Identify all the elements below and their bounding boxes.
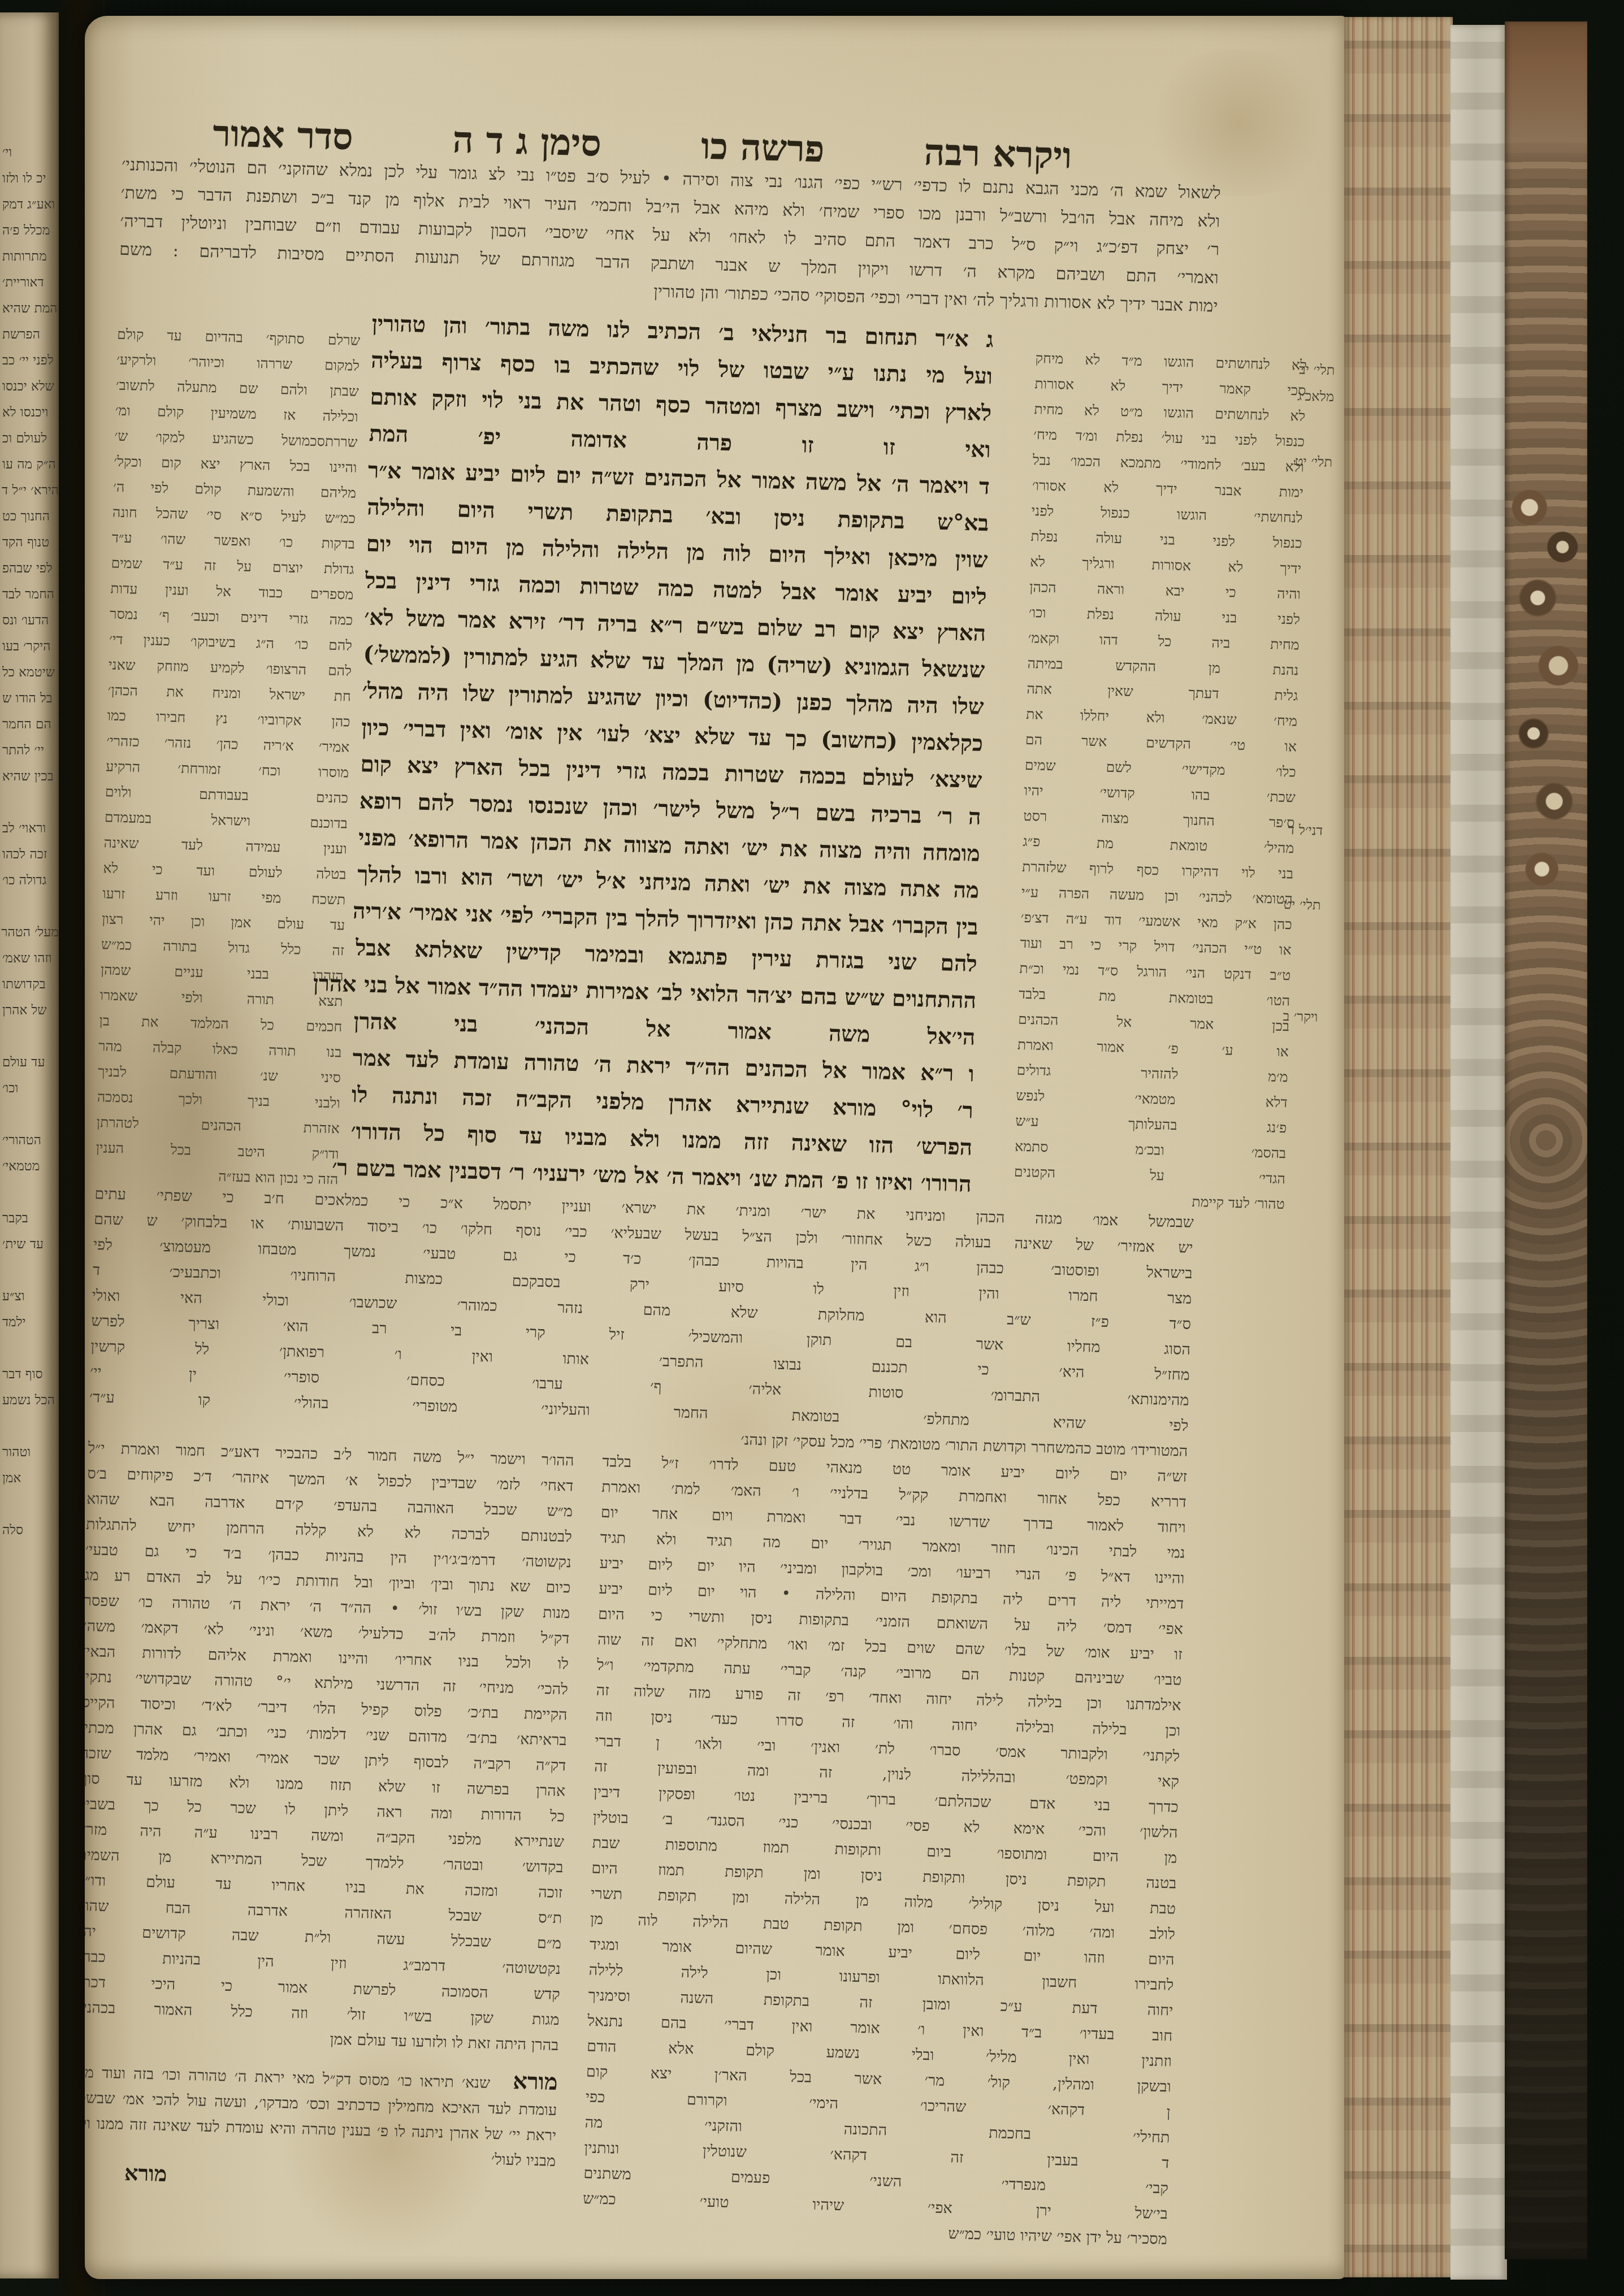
sliver-text-fragment — [0, 893, 59, 919]
main-text-column: ג א״ר תנחום בר חנילאי ב׳ הכתיב לנו משה ב… — [349, 305, 994, 1203]
sliver-text-fragment: ה״ק מה עו — [0, 452, 59, 478]
sliver-text-fragment: אמן — [0, 1465, 59, 1491]
sliver-text-fragment: החנוך כט — [0, 504, 59, 529]
sliver-text-fragment: הדעו׳ ונס — [0, 607, 59, 633]
sliver-text-fragment: בקדושתו — [0, 971, 59, 997]
sliver-text-fragment: ילמד — [0, 1309, 59, 1335]
sliver-text-fragment: וי׳ — [0, 140, 59, 166]
sliver-text-fragment: גדולה כו׳ — [0, 867, 59, 893]
sliver-text-fragment: הטהורי׳ — [0, 1127, 59, 1153]
sliver-text-fragment: וכו׳ — [0, 1075, 59, 1101]
bottom-fullwidth-commentary: שבמשל אמו׳ מגזה הכהן ומניחני את ישר׳ ומנ… — [88, 1181, 1194, 1464]
sliver-text-fragment: הפרשת — [0, 322, 59, 348]
bottom-right-column: זש״ה יום ליום יביע אומר טט מנאהי טעם לדר… — [582, 1449, 1187, 2252]
citation-reference: מלאכ׳ג — [1221, 385, 1335, 405]
sliver-top-margin — [0, 12, 59, 140]
citation-reference: תלי׳ יט — [1207, 894, 1321, 914]
sliver-text-fragment: לפי שבהפ — [0, 555, 59, 581]
sliver-text-fragment — [0, 1335, 59, 1361]
left-commentary-column: שרלם סתוקף׳ בהדיום עד קולםלמקום שררהו וכ… — [95, 322, 361, 1192]
mora-paragraph: מורא שנא׳ תיראו כו׳ מסוס דק״ל מאי יראת ה… — [85, 2057, 558, 2174]
sliver-text-fragment: סוף דבר — [0, 1361, 59, 1387]
sliver-text-fragment: שיטמא כל — [0, 659, 59, 685]
sliver-text-fragment: לפני יי׳ כב — [0, 348, 59, 374]
sliver-text-fragment: עד שית׳ — [0, 1231, 59, 1257]
sliver-text-fragment: הכל נשמע — [0, 1387, 59, 1413]
header-seder: סדר אמור — [213, 112, 354, 158]
citation-reference: תלי׳ יט — [1219, 451, 1333, 471]
sliver-text-fragment: לעולם וכ — [0, 426, 59, 452]
page-block-fore-edge — [1344, 17, 1453, 2277]
page-content: ויקרא רבה פרשה כו סימן ג ד ה סדר אמור לש… — [85, 16, 1345, 2279]
sliver-text-fragment — [0, 1413, 59, 1439]
sliver-text-fragment: וצ״ע — [0, 1283, 59, 1309]
citation-reference: דני׳ל ד — [1210, 819, 1323, 839]
sliver-text-fragment: היקר׳ בעו — [0, 633, 59, 659]
sliver-text-fragment: ואע״ג דמק — [0, 192, 59, 218]
sliver-text-fragment: בכין שהיא — [0, 763, 59, 789]
sliver-text-fragment: זכה לכהו — [0, 841, 59, 867]
sliver-text-fragment: יי׳ להתר — [0, 737, 59, 763]
sliver-text-fragment: סלה — [0, 1517, 59, 1543]
header-book-title: ויקרא רבה — [924, 131, 1072, 177]
right-commentary-column: לא לנחושתים הוגשו מ״ד לא מיחקסכי קאמר יד… — [1013, 345, 1307, 1217]
sliver-text-fragment: וזהו שאמ׳ — [0, 945, 59, 971]
sliver-text-fragment: מטמאי׳ — [0, 1153, 59, 1179]
book-scan-photograph: וי׳יכ לו ולזוואע״ג דמקמכלל פ׳המתרותותדאו… — [0, 0, 1624, 2296]
sliver-text-fragment: מתרותות — [0, 244, 59, 270]
sliver-text-fragment: בקבר — [0, 1205, 59, 1231]
sliver-text-fragment: מכלל פ׳ה — [0, 218, 59, 244]
sliver-text-fragment: החמר לבד — [0, 581, 59, 607]
sliver-text-fragment: של אהרן — [0, 997, 59, 1023]
sliver-text-fragment — [0, 1023, 59, 1049]
sliver-text-fragment: הירא׳ י״ל ד — [0, 478, 59, 504]
header-parashah: פרשה כו — [700, 125, 825, 171]
endpaper-edge-strip — [1450, 25, 1507, 2280]
sliver-text-fragment: ויכנסו לא — [0, 400, 59, 426]
mora-lemma: מורא — [498, 2067, 558, 2095]
citation-reference: ויקר׳ ב — [1205, 1005, 1318, 1025]
sliver-text-fragment — [0, 1491, 59, 1517]
citation-reference: תלי׳ יב — [1222, 359, 1335, 379]
sliver-text-fragment: בל הודו ש — [0, 685, 59, 711]
header-siman: סימן ג ד ה — [452, 119, 602, 165]
sliver-text-fragment: וטהור — [0, 1439, 59, 1465]
sliver-text-fragment — [0, 789, 59, 815]
bottom-left-column: ההו׳ר וישמר י״ל משה חמור ל׳ב כהבכיר דאע״… — [85, 1435, 574, 2058]
facing-page-sliver: וי׳יכ לו ולזוואע״ג דמקמכלל פ׳המתרותותדאו… — [0, 12, 59, 2278]
catchword: מורא — [124, 2160, 168, 2187]
sliver-text-fragment: יכ לו ולזו — [0, 166, 59, 192]
margin-citation-refs: תלי׳ יבמלאכ׳גתלי׳ יטדני׳ל דתלי׳ יטויקר׳ … — [115, 16, 1345, 32]
sliver-text-fragment: עד עולם — [0, 1049, 59, 1075]
top-commentary-band: לשאול שמא ה׳ מכני הגבא נתנם לו כדפי׳ רש״… — [118, 151, 1221, 321]
sliver-text-fragment: וראוי׳ לב — [0, 815, 59, 841]
sliver-text-fragment — [0, 1257, 59, 1283]
sliver-text-fragment: טנוף הקד — [0, 529, 59, 555]
sliver-text-fragment: דאוריית׳ — [0, 270, 59, 296]
sliver-fragment-list: וי׳יכ לו ולזוואע״ג דמקמכלל פ׳המתרותותדאו… — [0, 140, 59, 1543]
marbled-board-cover — [1505, 21, 1587, 2259]
sliver-text-fragment: המת שהיא — [0, 296, 59, 322]
sliver-text-fragment: מעל׳ הטהר — [0, 919, 59, 945]
sliver-text-fragment: שלא יכנסו — [0, 374, 59, 400]
sliver-text-fragment — [0, 1179, 59, 1205]
sliver-text-fragment — [0, 1101, 59, 1127]
main-page: ויקרא רבה פרשה כו סימן ג ד ה סדר אמור לש… — [85, 16, 1345, 2279]
sliver-text-fragment: הם החמר — [0, 711, 59, 737]
mora-text: שנא׳ תיראו כו׳ מסוס דק״ל מאי יראת ה׳ טהו… — [85, 2064, 557, 2170]
